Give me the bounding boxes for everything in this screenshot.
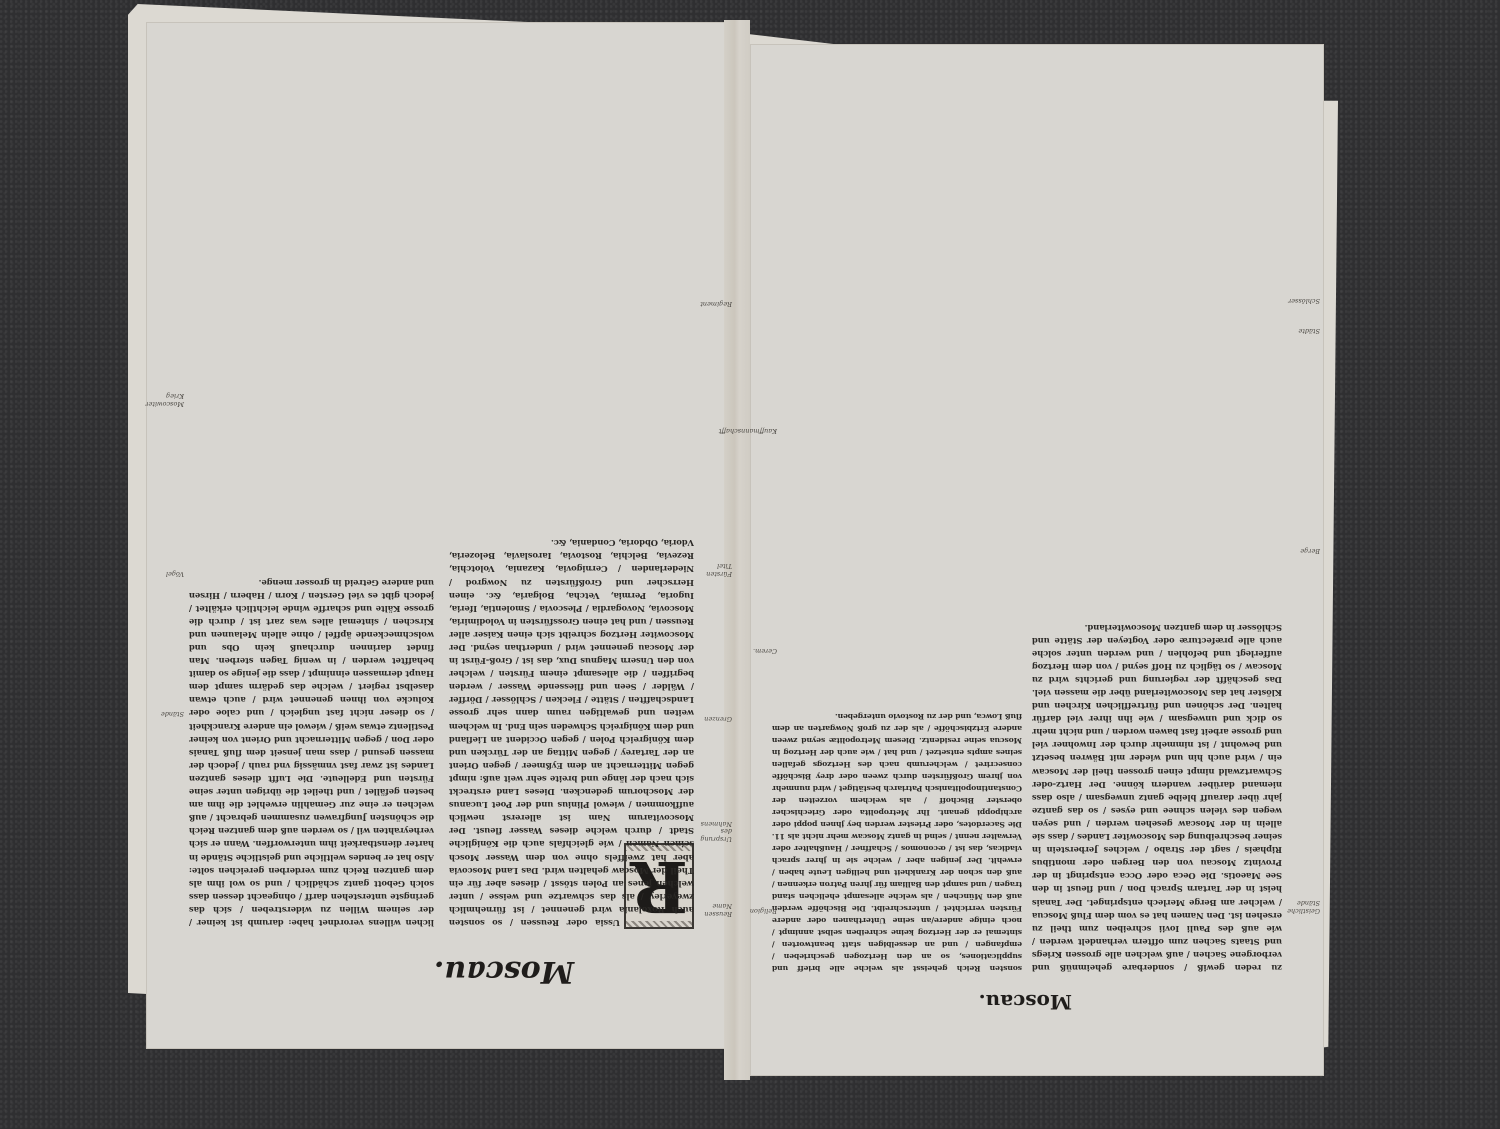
- margin-note: Kauffmannschafft: [741, 427, 777, 435]
- margin-note: Schlösser: [1284, 297, 1320, 305]
- margin-note: Vögel: [148, 570, 184, 578]
- document-photo: Moscau. R Ussia oder Reussen / so sonste…: [0, 0, 1500, 1129]
- margin-note: Moscowiter Krieg: [148, 392, 184, 407]
- margin-note: Städte: [1284, 327, 1320, 335]
- margin-note: Fürsten Titel: [696, 562, 732, 577]
- left-page-content: Moscau. R Ussia oder Reussen / so sonste…: [146, 22, 724, 1047]
- margin-note: Stände: [148, 710, 184, 718]
- right-page-content: Moscau. zu reden gewiß / sonderbare gehe…: [750, 44, 1322, 1074]
- margin-note: Cerem.: [741, 647, 777, 655]
- margin-note: Reussen Name: [696, 902, 732, 917]
- left-page-column-1: Ussia oder Reussen / so sonsten auch Rox…: [449, 149, 694, 929]
- page-gutter: [724, 20, 750, 1080]
- right-page-column-2: sonsten Reich geheisst als welche alle b…: [772, 414, 1022, 974]
- left-page-column-2: lichen willens verordnet habe: darumb is…: [189, 79, 434, 929]
- margin-note: Geistliche Stände: [1284, 899, 1320, 914]
- right-page-heading: Moscau.: [979, 990, 1072, 1014]
- margin-note: Regiment: [696, 300, 732, 308]
- margin-note: Religion: [741, 907, 777, 915]
- margin-note: Grenzen: [696, 715, 732, 723]
- margin-note: Berge: [1284, 547, 1320, 555]
- margin-note: Ursprung des Nahmens: [696, 820, 732, 843]
- left-page-heading: Moscau.: [434, 954, 574, 989]
- right-page-column-1: zu reden gewiß / sonderbare geheimnüß un…: [1032, 254, 1282, 974]
